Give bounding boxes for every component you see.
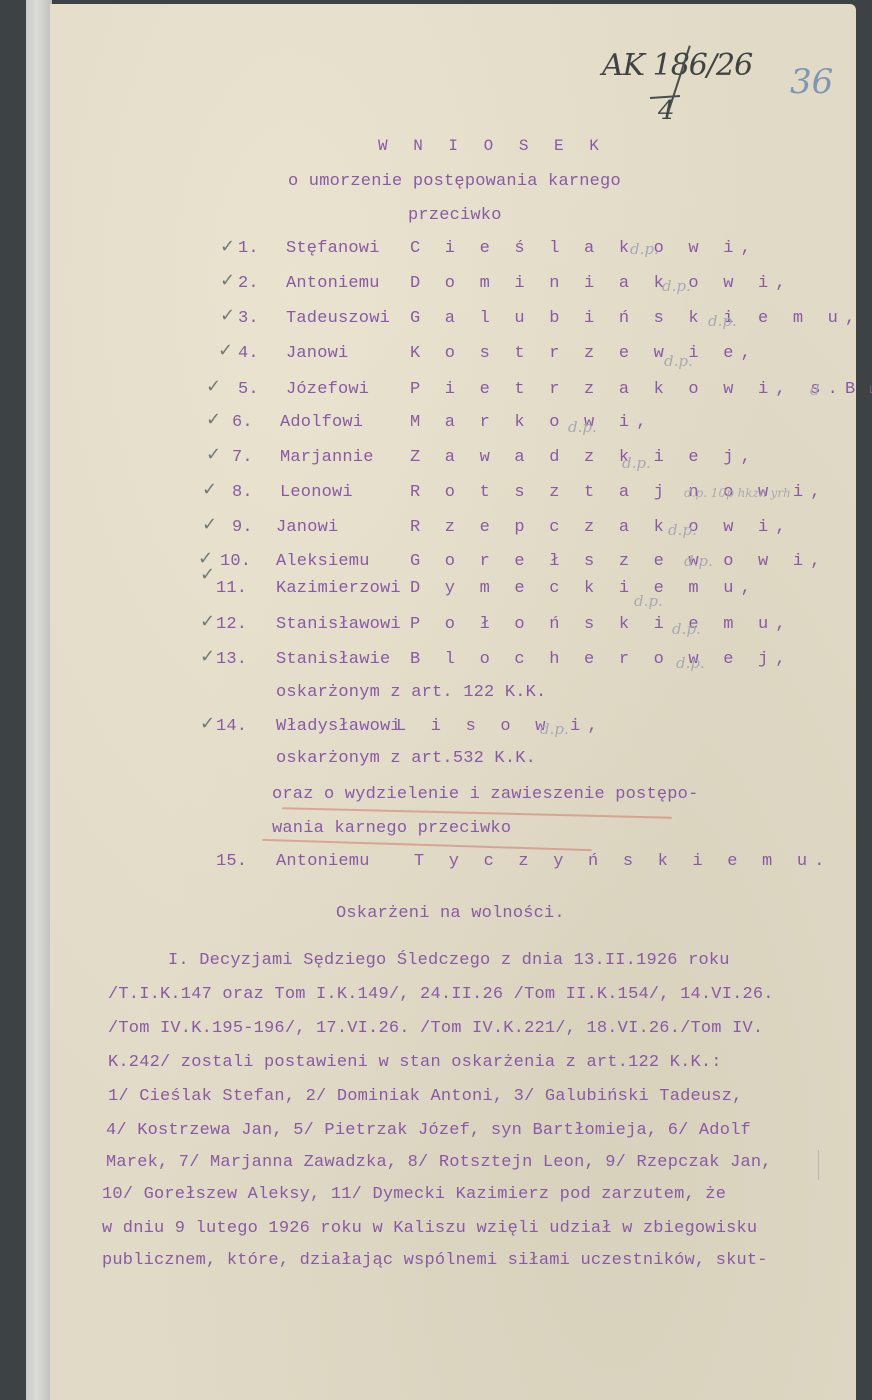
defendant-number: 1. — [238, 240, 259, 257]
separation-text-line1: oraz o wydzielenie i zawieszenie postępo… — [272, 786, 698, 803]
defendant-number: 5. — [238, 381, 259, 398]
defendant-first-name: Aleksiemu — [276, 553, 370, 570]
defendant-number: 9. — [232, 519, 253, 536]
body-line: 4/ Kostrzewa Jan, 5/ Pietrzak Józef, syn… — [106, 1122, 751, 1139]
defendant-first-name: Władysławowi — [276, 718, 401, 735]
document-page: AK 186/26 4 36 W N I O S E K o umorzenie… — [50, 4, 856, 1400]
body-line: 1/ Cieślak Stefan, 2/ Dominiak Antoni, 3… — [108, 1088, 743, 1105]
defendant-last-name: P i e t r z a k o w i, s.Bartłomieja, — [410, 381, 872, 398]
defendant-first-name: Stęfanowi — [286, 240, 380, 257]
body-line: /Tom IV.K.195-196/, 17.VI.26. /Tom IV.K.… — [108, 1020, 763, 1037]
binding-strip — [26, 0, 52, 1400]
check-mark-icon: ✓ — [200, 713, 215, 734]
defendant-first-name: Janowi — [276, 519, 338, 536]
check-mark-icon: ✓ — [200, 646, 215, 667]
defendant-number: 13. — [216, 651, 247, 668]
defendant-first-name: Leonowi — [280, 484, 353, 501]
defendant-first-name: Stanisławowi — [276, 616, 401, 633]
defendant-last-name: P o ł o ń s k i e m u, — [410, 616, 793, 633]
defendant-first-name: Adolfowi — [280, 414, 363, 431]
defendant-last-name: G o r e ł s z e w o w i, — [410, 553, 828, 570]
defendant-first-name: Józefowi — [286, 381, 369, 398]
pencil-annotation: d — [810, 381, 820, 399]
defendant-number: 4. — [238, 345, 259, 362]
document-subtitle: o umorzenie postępowania karnego — [288, 173, 621, 190]
check-mark-icon: ✓ — [220, 270, 235, 291]
pencil-annotation: d.p. — [664, 352, 693, 370]
defendant-number: 7. — [232, 449, 253, 466]
pencil-annotation: d.p. — [684, 552, 713, 570]
check-mark-icon: ✓ — [202, 514, 217, 535]
defendant-last-name: T y c z y ń s k i e m u. — [414, 853, 832, 870]
pencil-mark — [818, 1150, 819, 1180]
defendant-number: 15. — [216, 853, 247, 870]
body-line: Marek, 7/ Marjanna Zawadzka, 8/ Rotsztej… — [106, 1154, 772, 1171]
pencil-annotation: d.p. — [568, 418, 597, 436]
check-mark-icon: ✓ — [200, 564, 215, 585]
defendant-number: 3. — [238, 310, 259, 327]
defendant-first-name: Antoniemu — [286, 275, 380, 292]
defendant-first-name: Marjannie — [280, 449, 374, 466]
check-mark-icon: ✓ — [202, 479, 217, 500]
pencil-annotation: d.p. — [662, 277, 691, 295]
body-line: w dniu 9 lutego 1926 roku w Kaliszu wzię… — [102, 1220, 757, 1237]
pencil-annotation: d.p. — [630, 240, 659, 258]
red-underline — [262, 839, 592, 851]
defendant-number: 11. — [216, 580, 247, 597]
separation-text-line2: wania karnego przeciwko — [272, 820, 511, 837]
folio-number: 36 — [790, 62, 833, 102]
charge-article-122: oskarżonym z art. 122 K.K. — [276, 684, 546, 701]
check-mark-icon: ✓ — [200, 611, 215, 632]
check-mark-icon: ✓ — [206, 409, 221, 430]
check-mark-icon: ✓ — [206, 376, 221, 397]
pencil-annotation: d.p. — [708, 312, 737, 330]
defendant-last-name: Z a w a d z k i e j, — [410, 449, 758, 466]
check-mark-icon: ✓ — [218, 340, 233, 361]
pencil-annotation: d.p. — [540, 720, 569, 738]
defendant-first-name: Antoniemu — [276, 853, 370, 870]
defendant-number: 10. — [220, 553, 251, 570]
defendant-last-name: C i e ś l a k o w i, — [410, 240, 758, 257]
defendant-first-name: Stanisławie — [276, 651, 390, 668]
defendant-first-name: Kazimierzowi — [276, 580, 401, 597]
defendant-last-name: L i s o w i, — [396, 718, 605, 735]
defendant-first-name: Tadeuszowi — [286, 310, 390, 327]
defendant-last-name: R z e p c z a k o w i, — [410, 519, 793, 536]
scanned-document: AK 186/26 4 36 W N I O S E K o umorzenie… — [0, 0, 872, 1400]
body-line: /T.I.K.147 oraz Tom I.K.149/, 24.II.26 /… — [108, 986, 774, 1003]
pencil-annotation: d.p. — [672, 620, 701, 638]
body-line: I. Decyzjami Sędziego Śledczego z dnia 1… — [168, 952, 730, 969]
document-subtitle-against: przeciwko — [408, 207, 502, 224]
defendant-first-name: Janowi — [286, 345, 348, 362]
check-mark-icon: ✓ — [220, 305, 235, 326]
pencil-annotation: d.p. — [634, 592, 663, 610]
document-title: W N I O S E K — [378, 138, 607, 154]
body-line: K.242/ zostali postawieni w stan oskarże… — [108, 1054, 722, 1071]
charge-article-532: oskarżonym z art.532 K.K. — [276, 750, 536, 767]
body-line: 10/ Gorełszew Aleksy, 11/ Dymecki Kazimi… — [102, 1186, 726, 1203]
defendant-last-name: D o m i n i a k o w i, — [410, 275, 793, 292]
defendant-last-name: M a r k o w i, — [410, 414, 654, 431]
defendant-last-name: K o s t r z e w i e, — [410, 345, 758, 362]
pencil-annotation: d.p. 10p hkzn yrh — [684, 486, 791, 500]
pencil-annotation: d.p. — [676, 654, 705, 672]
check-mark-icon: ✓ — [206, 444, 221, 465]
pencil-annotation: d.p. — [668, 521, 697, 539]
check-mark-icon: ✓ — [220, 236, 235, 257]
defendant-number: 12. — [216, 616, 247, 633]
red-underline — [282, 807, 672, 819]
body-line: publicznem, które, działając wspólnemi s… — [102, 1252, 768, 1269]
defendant-last-name: B l o c h e r o w e j, — [410, 651, 793, 668]
status-heading: Oskarżeni na wolności. — [336, 905, 565, 922]
defendant-number: 2. — [238, 275, 259, 292]
defendant-last-name: G a l u b i ń s k i e m u, — [410, 310, 862, 327]
defendant-last-name: D y m e c k i e m u, — [410, 580, 758, 597]
defendant-number: 14. — [216, 718, 247, 735]
defendant-number: 6. — [232, 414, 253, 431]
pencil-annotation: d.p. — [622, 454, 651, 472]
defendant-number: 8. — [232, 484, 253, 501]
